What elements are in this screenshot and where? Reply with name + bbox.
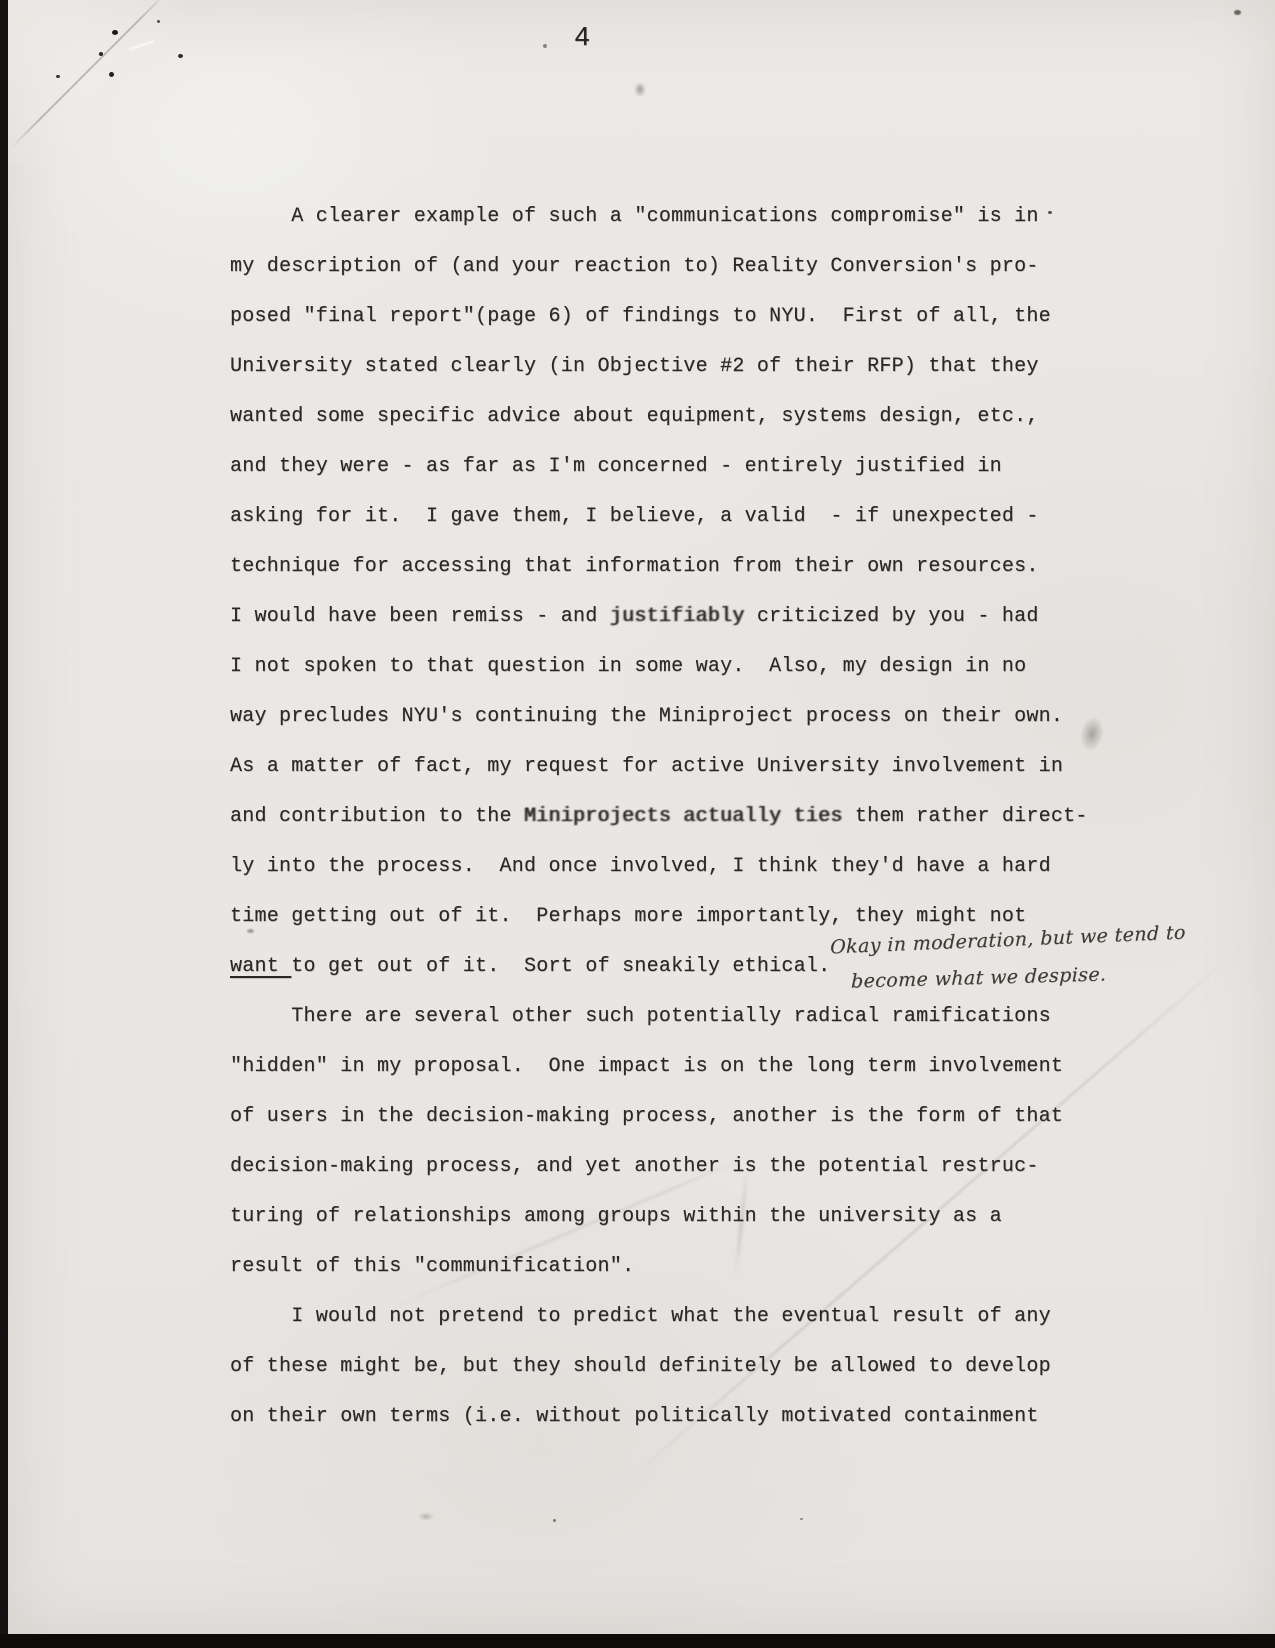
text-segment: University stated clearly (in Objective … [230,355,1039,378]
paper-speck [800,1518,803,1520]
typed-line: and contribution to the Miniprojects act… [230,792,1130,842]
typed-line: I would have been remiss - and justifiab… [230,592,1130,642]
overtyped-text: justifiably [610,605,745,628]
text-segment: I not spoken to that question in some wa… [230,655,1026,678]
typed-line: asking for it. I gave them, I believe, a… [230,492,1130,542]
scan-edge-bottom [0,1634,1275,1648]
typed-line: of these might be, but they should defin… [230,1342,1130,1392]
text-segment: As a matter of fact, my request for acti… [230,755,1063,778]
overtyped-text: Miniprojects actually ties [524,805,843,828]
text-segment: of users in the decision-making process,… [230,1105,1063,1128]
text-segment: I would have been remiss - and [230,605,610,628]
typed-line: of users in the decision-making process,… [230,1092,1130,1142]
typed-line: and they were - as far as I'm concerned … [230,442,1130,492]
paper-speck [112,30,118,35]
text-segment: and contribution to the [230,805,524,828]
typed-line: As a matter of fact, my request for acti… [230,742,1130,792]
text-segment: decision-making process, and yet another… [230,1155,1039,1178]
typed-line: technique for accessing that information… [230,542,1130,592]
paper-speck [178,54,183,58]
scan-edge-left [0,0,8,1648]
text-segment: and they were - as far as I'm concerned … [230,455,1002,478]
text-segment: There are several other such potentially… [230,1005,1051,1028]
text-segment: to get out of it. Sort of sneakily ethic… [291,955,830,978]
paper-scratch [128,40,154,51]
paper-speck [157,20,160,23]
typed-line: There are several other such potentially… [230,992,1130,1042]
typed-text: A clearer example of such a "communicati… [230,192,1130,1442]
text-segment: posed "final report"(page 6) of findings… [230,305,1051,328]
paper-speck [543,44,547,48]
typed-line: result of this "communification". [230,1242,1130,1292]
paper-page: 4 A clearer example of such a "communica… [8,0,1275,1634]
typed-line: on their own terms (i.e. without politic… [230,1392,1130,1442]
fold-crease-line [10,0,167,149]
typed-line: my description of (and your reaction to)… [230,242,1130,292]
paper-speck [1234,10,1241,15]
text-segment: way precludes NYU's continuing the Minip… [230,705,1063,728]
text-segment: on their own terms (i.e. without politic… [230,1405,1039,1428]
smudge-mark [418,1512,434,1521]
scanned-document: { "page": { "number": "4" }, "colors": {… [0,0,1275,1648]
paper-speck [553,1519,556,1522]
text-segment: turing of relationships among groups wit… [230,1205,1002,1228]
typed-line: "hidden" in my proposal. One impact is o… [230,1042,1130,1092]
typed-line: A clearer example of such a "communicati… [230,192,1130,242]
text-segment: of these might be, but they should defin… [230,1355,1051,1378]
typed-line: posed "final report"(page 6) of findings… [230,292,1130,342]
text-segment: result of this "communification". [230,1255,634,1278]
paper-speck [56,75,60,78]
text-segment: A clearer example of such a "communicati… [230,205,1039,228]
typed-line: decision-making process, and yet another… [230,1142,1130,1192]
text-segment: my description of (and your reaction to)… [230,255,1039,278]
typed-line: ly into the process. And once involved, … [230,842,1130,892]
text-segment: them rather direct- [843,805,1088,828]
typed-line: I would not pretend to predict what the … [230,1292,1130,1342]
folded-corner [8,0,183,165]
smudge-mark [634,82,646,97]
typed-line: turing of relationships among groups wit… [230,1192,1130,1242]
text-segment: asking for it. I gave them, I believe, a… [230,505,1039,528]
text-segment: ly into the process. And once involved, … [230,855,1051,878]
text-segment: technique for accessing that information… [230,555,1039,578]
typed-line: I not spoken to that question in some wa… [230,642,1130,692]
page-number: 4 [574,24,590,54]
text-segment: "hidden" in my proposal. One impact is o… [230,1055,1063,1078]
typed-line: way precludes NYU's continuing the Minip… [230,692,1130,742]
text-segment: time getting out of it. Perhaps more imp… [230,905,1026,928]
paper-speck [99,52,103,56]
text-segment: wanted some specific advice about equipm… [230,405,1039,428]
underlined-word: want [230,955,291,978]
text-segment: I would not pretend to predict what the … [230,1305,1051,1328]
paper-speck [109,72,114,77]
typed-line: University stated clearly (in Objective … [230,342,1130,392]
text-segment: criticized by you - had [745,605,1039,628]
typed-line: wanted some specific advice about equipm… [230,392,1130,442]
